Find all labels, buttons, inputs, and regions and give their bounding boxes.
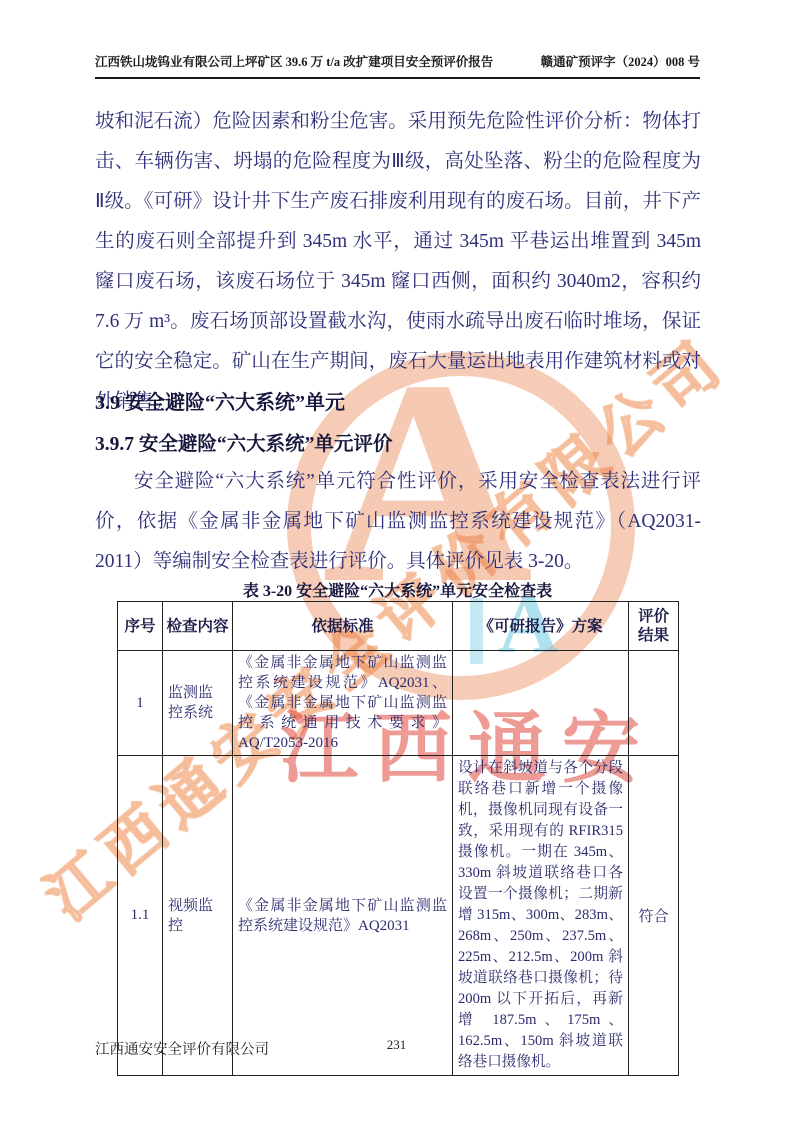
cell-standard: 《金属非金属地下矿山监测监控系统建设规范》AQ2031、《金属非金属地下矿山监测… [233,651,453,756]
page-header: 江西铁山垅钨业有限公司上坪矿区 39.6 万 t/a 改扩建项目安全预评价报告 … [95,52,700,79]
cell-result [629,651,679,756]
report-title: 江西铁山垅钨业有限公司上坪矿区 39.6 万 t/a 改扩建项目安全预评价报告 [95,52,493,70]
section-heading-3-9-7: 3.9.7 安全避险“六大系统”单元评价 [95,428,701,456]
cell-content: 视频监控 [163,756,233,1076]
paragraph-evaluation-method: 安全避险“六大系统”单元符合性评价，采用安全检查表法进行评价，依据《金属非金属地… [95,462,701,582]
cell-plan: 设计在斜坡道与各个分段联络巷口新增一个摄像机，摄像机同现有设备一致，采用现有的 … [453,756,629,1076]
section-heading-3-9: 3.9 安全避险“六大系统”单元 [95,386,701,415]
document-page: 江西通安安全评价有限公司 A A 江西通安 江西铁山垅钨业有限公司上坪矿区 39… [0,0,793,1122]
column-header-result: 评价结果 [629,602,679,651]
table-row: 1 监测监控系统 《金属非金属地下矿山监测监控系统建设规范》AQ2031、《金属… [118,651,679,756]
page-content: 江西铁山垅钨业有限公司上坪矿区 39.6 万 t/a 改扩建项目安全预评价报告 … [0,0,793,1122]
table-row: 1.1 视频监控 《金属非金属地下矿山监测监控系统建设规范》AQ2031 设计在… [118,756,679,1076]
column-header-seq: 序号 [118,602,163,651]
column-header-standard: 依据标准 [233,602,453,651]
footer-page-number: 231 [0,1037,793,1053]
cell-content: 监测监控系统 [163,651,233,756]
cell-standard: 《金属非金属地下矿山监测监控系统建设规范》AQ2031 [233,756,453,1076]
cell-plan [453,651,629,756]
table-caption: 表 3-20 安全避险“六大系统”单元安全检查表 [117,578,678,601]
cell-seq: 1.1 [118,756,163,1076]
column-header-plan: 《可研报告》方案 [453,602,629,651]
document-number: 赣通矿预评字（2024）008 号 [541,52,700,70]
cell-seq: 1 [118,651,163,756]
cell-result: 符合 [629,756,679,1076]
table-header-row: 序号 检查内容 依据标准 《可研报告》方案 评价结果 [118,602,679,651]
column-header-content: 检查内容 [163,602,233,651]
safety-checklist-table: 序号 检查内容 依据标准 《可研报告》方案 评价结果 1 监测监控系统 《金属非… [117,601,679,1076]
